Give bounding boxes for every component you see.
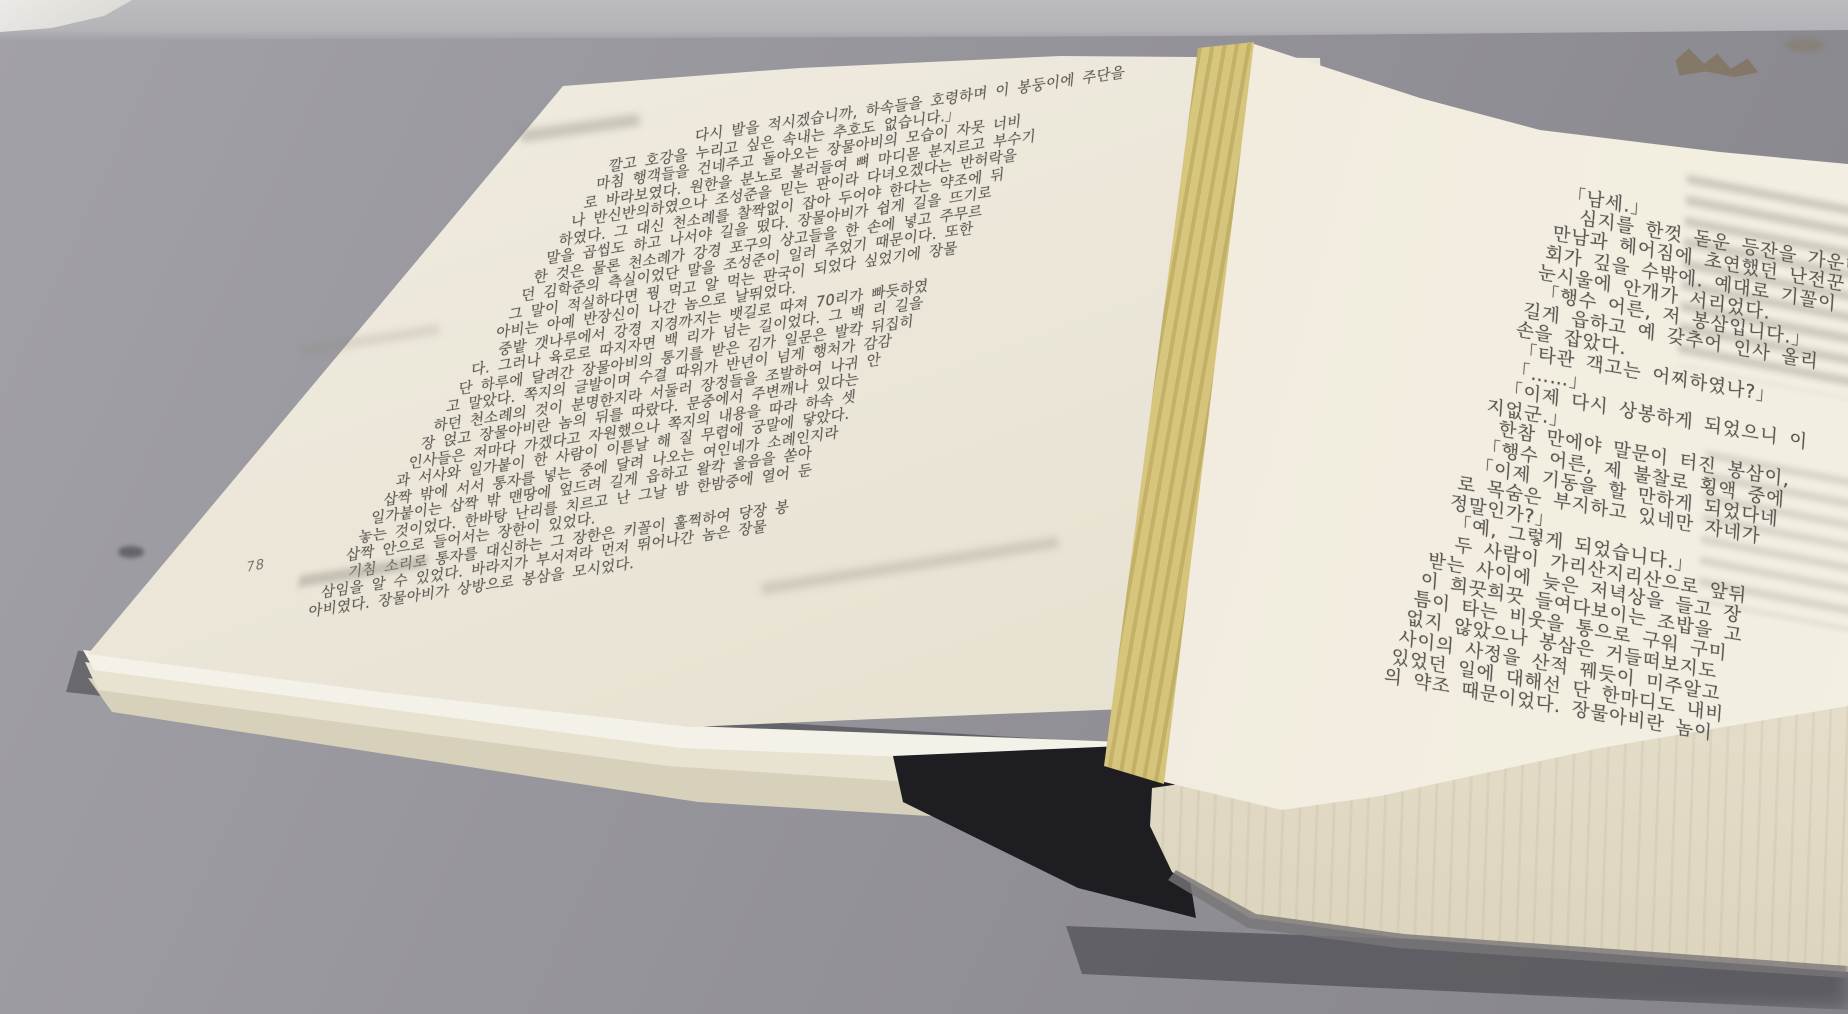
surface-stain-small [1785, 38, 1825, 52]
surface-smudge [118, 546, 144, 558]
photo-scene: 다시 발을 적시겠습니까, 하속들을 호령하며 이 봉둥이에 주단을깔고 호강을… [0, 0, 1848, 1014]
surface-stain [1668, 45, 1763, 79]
background-wall-band [0, 0, 1848, 40]
